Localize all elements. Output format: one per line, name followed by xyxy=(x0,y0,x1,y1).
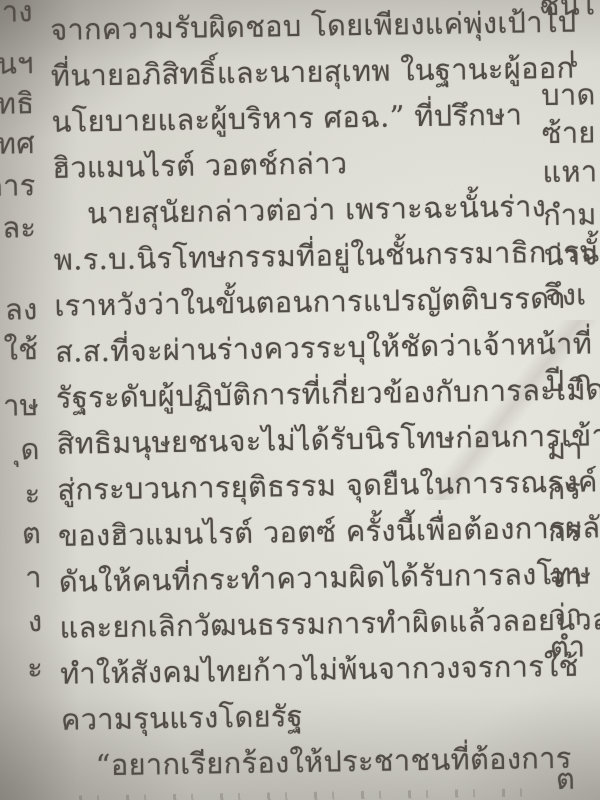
text-line: จากความรับผิดชอบ โดยเพียงแค่พุ่งเป้าไป xyxy=(50,0,543,54)
text-line: ฮิวแมนไรต์ วอตช์กล่าว xyxy=(52,138,545,192)
column-fragment: ใช้ xyxy=(3,328,38,371)
column-fragment: ทศ xyxy=(0,122,35,165)
text-line: “อยากเรียกร้องให้ประชาชนที่ต้องการ xyxy=(61,736,554,790)
column-fragment: การ xyxy=(0,164,36,207)
column-fragment: ทธิ xyxy=(0,82,35,125)
column-fragment: ชนใ xyxy=(539,0,594,26)
text-line: สิทธิมนุษยชนจะไม่ได้รับนิรโทษก่อนการเข้า xyxy=(56,414,549,468)
column-fragment: ะ xyxy=(24,472,41,514)
text-line: เราหวังว่าในขั้นตอนการแปรญัตติบรรดา xyxy=(54,276,547,330)
column-fragment: มา xyxy=(546,428,583,471)
column-fragment: แหา xyxy=(542,150,598,193)
text-line: สู่กระบวนการยุติธรรม จุดยืนในการรณรงค์ xyxy=(57,460,550,514)
text-line: ของฮิวแมนไรต์ วอตซ์ ครั้งนี้เพื่อต้องการ… xyxy=(58,506,551,560)
article-text-layer: างนฯทธิทศการละลงใช้าษุดะตางะ จากความรับผ… xyxy=(0,0,600,800)
text-line: ส.ส.ที่จะผ่านร่างควรระบุให้ชัดว่าเจ้าหน้… xyxy=(55,322,548,376)
column-fragment: ปี ก xyxy=(545,359,592,402)
text-line: ความรุนแรงโดยรัฐ xyxy=(61,690,554,744)
column-fragment: าง xyxy=(1,0,33,33)
column-fragment: าษ xyxy=(3,384,40,427)
column-fragment: า xyxy=(25,556,42,598)
column-fragment: บาด xyxy=(541,73,596,116)
column-fragment: กร xyxy=(547,468,581,511)
article-main-column: จากความรับผิดชอบ โดยเพียงแค่พุ่งเป้าไปที… xyxy=(50,0,554,790)
text-line: และยกเลิกวัฒนธรรมการทำผิดแล้วลอยนวล xyxy=(59,598,552,652)
text-line: พ.ร.บ.นิรโทษกรรมที่อยู่ในชั้นกรรมาธิการน… xyxy=(53,230,546,284)
column-fragment: ตำ xyxy=(550,626,586,669)
text-line: ดันให้คนที่กระทำความผิดได้รับการลงโทษ xyxy=(58,552,551,606)
column-fragment: ง xyxy=(28,600,43,642)
column-fragment: ต xyxy=(556,758,576,800)
column-fragment: ต xyxy=(22,512,42,554)
column-fragment: ซ้าย xyxy=(542,111,597,154)
text-line: นายสุนัยกล่าวต่อว่า เพราะฉะนั้นร่าง xyxy=(53,184,546,238)
column-fragment: เ xyxy=(568,36,579,78)
column-fragment: ละ xyxy=(2,206,37,249)
column-fragment: กร xyxy=(548,510,582,553)
column-fragment: ุด xyxy=(20,428,40,470)
column-fragment: จึงเ xyxy=(544,273,587,316)
text-line: ที่นายอภิสิทธิ์และนายสุเทพ ในฐานะผู้ออก xyxy=(51,46,544,100)
column-fragment: นฯ xyxy=(0,42,34,85)
left-column-cut-fragments: างนฯทธิทศการละลงใช้าษุดะตางะ xyxy=(0,4,50,800)
newspaper-photo-page: างนฯทธิทศการละลงใช้าษุดะตางะ จากความรับผ… xyxy=(0,0,600,800)
text-line: รัฐระดับผู้ปฏิบัติการที่เกี่ยวข้องกับการ… xyxy=(56,368,549,422)
text-line: นโยบายและผู้บริหาร ศอฉ.” ที่ปรึกษา xyxy=(51,92,544,146)
column-fragment: น่าจ xyxy=(543,233,598,276)
text-line: ทำให้สังคมไทยก้าวไม่พ้นจากวงจรการใช้ xyxy=(60,644,553,698)
column-fragment: ะ xyxy=(27,646,44,688)
column-fragment: จา xyxy=(548,556,583,599)
column-fragment: ลง xyxy=(5,288,38,331)
column-fragment: กำม xyxy=(543,193,597,236)
